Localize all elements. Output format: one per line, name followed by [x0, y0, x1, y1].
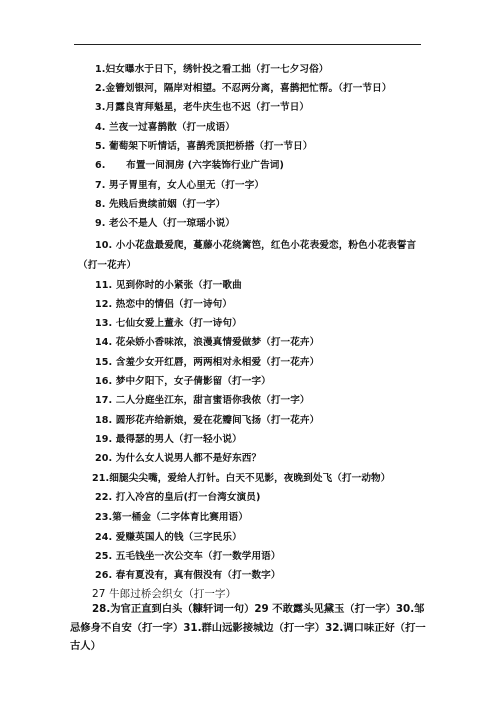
riddle-text: 含羞少女开红唇，两两相对永相爱（打一花卉） — [116, 357, 320, 368]
riddle-number: 7. — [95, 180, 106, 191]
riddle-number: 16. — [95, 376, 112, 387]
riddle-number: 8. — [95, 199, 106, 210]
riddle-item: 5. 葡萄架下听情话，喜鹊秃顶把桥搭（打一节日） — [95, 141, 313, 153]
riddle-text: 小小花盘最爱爬，蔓藤小花绕篱笆，红色小花表爱恋，粉色小花表誓言 — [116, 240, 417, 251]
riddle-text: 兰夜一过喜鹊散（打一成语） — [109, 122, 235, 133]
riddle-item: 22. 打入冷宫的皇后(打一台湾女演员) — [95, 492, 260, 504]
riddle-text: 五毛钱坐一次公交车（打一数学用语） — [116, 551, 281, 562]
riddle-item: 9. 老公不是人（打一琼瑶小说） — [95, 218, 235, 230]
riddle-number: 12. — [95, 299, 112, 310]
riddle-text: 金簪划银河，隔岸对相望。不忍两分离，喜鹊把忙帮。（打一节日） — [106, 83, 392, 94]
riddle-item: 10. 小小花盘最爱爬，蔓藤小花绕篱笆，红色小花表爱恋，粉色小花表誓言 — [95, 240, 416, 252]
riddle-item: 4. 兰夜一过喜鹊散（打一成语） — [95, 122, 235, 134]
riddle-number: 13. — [95, 318, 112, 329]
riddle-text: 二人分庭坐江东，甜言蜜语你我侬（打一字） — [116, 395, 310, 406]
riddle-text: 细腿尖尖嘴，爱给人打针。白天不见影，夜晚到处飞（打一动物） — [109, 473, 390, 484]
riddle-text: 葡萄架下听情话，喜鹊秃顶把桥搭（打一节日） — [109, 141, 313, 152]
riddle-item: 7. 男子胃里有，女人心里无（打一字） — [95, 180, 264, 192]
riddle-item-continuation: （打一花卉） — [78, 260, 136, 272]
header-rule — [74, 44, 421, 45]
riddle-text: 圆形花卉给新娘，爱在花瓣间飞扬（打一花卉） — [116, 415, 320, 426]
riddle-text: 月露良宵拜魁星，老牛庆生也不迟（打一节日） — [106, 102, 310, 113]
riddle-text: 七仙女爱上董永（打一诗句） — [116, 318, 242, 329]
riddle-item: 6. 布置一间洞房 (六字装饰行业广告词) — [95, 160, 284, 172]
riddle-number: 1. — [95, 64, 106, 75]
riddle-item: 14. 花朵娇小香味浓，浪漫真情爱做梦（打一花卉） — [95, 337, 319, 349]
riddle-item: 15. 含羞少女开红唇，两两相对永相爱（打一花卉） — [95, 357, 319, 369]
riddle-item: 24. 爱赚英国人的钱（三字民乐） — [95, 532, 242, 544]
riddle-item: 26. 春有夏没有，真有假没有（打一数字） — [95, 570, 281, 582]
riddle-item: 25. 五毛钱坐一次公交车（打一数学用语） — [95, 551, 281, 563]
riddle-number: 19. — [95, 434, 112, 445]
riddle-text: 老公不是人（打一琼瑶小说） — [109, 218, 235, 229]
riddle-number: 23. — [95, 512, 112, 523]
riddle-text: 热恋中的情侣（打一诗句） — [116, 299, 232, 310]
riddle-number: 4. — [95, 122, 106, 133]
riddle-number: 10. — [95, 240, 112, 251]
riddle-text: 布置一间洞房 (六字装饰行业广告词) — [126, 160, 284, 171]
riddle-text: 妇女曝水于日下，绣针投之看工拙（打一七夕习俗） — [106, 64, 329, 75]
riddle-number: 9. — [95, 218, 106, 229]
riddle-number: 5. — [95, 141, 106, 152]
final-riddles-paragraph: 28.为官正直到白头（糠轩词一句）29 不敢露头见黛玉（打一字）30.邹忌修身不… — [70, 600, 432, 656]
riddle-number: 22. — [95, 492, 112, 503]
riddle-number: 17. — [95, 395, 112, 406]
riddle-item: 27 牛郎过桥会织女（打一字） — [92, 588, 236, 600]
riddle-text: 先贱后贵续前姻（打一字） — [109, 199, 225, 210]
riddle-item: 12. 热恋中的情侣（打一诗句） — [95, 299, 232, 311]
riddle-text: 第一桶金（二字体育比赛用语） — [112, 512, 248, 523]
riddle-text: 花朵娇小香味浓，浪漫真情爱做梦（打一花卉） — [116, 337, 320, 348]
riddle-text: 男子胃里有，女人心里无（打一字） — [109, 180, 264, 191]
riddle-item: 11. 见到你时的小紧张（打一歌曲 — [95, 280, 242, 292]
riddle-number: 26. — [95, 570, 112, 581]
riddle-text: 最得瑟的男人（打一轻小说） — [116, 434, 242, 445]
riddle-item: 19. 最得瑟的男人（打一轻小说） — [95, 434, 242, 446]
riddle-number: 21. — [92, 473, 109, 484]
riddle-number: 14. — [95, 337, 112, 348]
riddle-text: 为什么女人说男人都不是好东西？ — [116, 453, 261, 464]
riddle-item: 8. 先贱后贵续前姻（打一字） — [95, 199, 225, 211]
riddle-number: 3. — [95, 102, 106, 113]
riddle-number: 25. — [95, 551, 112, 562]
riddle-item: 23.第一桶金（二字体育比赛用语） — [95, 512, 248, 524]
riddle-item: 18. 圆形花卉给新娘，爱在花瓣间飞扬（打一花卉） — [95, 415, 319, 427]
riddle-item: 16. 梦中夕阳下，女子倩影留（打一字） — [95, 376, 271, 388]
riddle-text: 梦中夕阳下，女子倩影留（打一字） — [116, 376, 271, 387]
riddle-item: 13. 七仙女爱上董永（打一诗句） — [95, 318, 242, 330]
riddle-number: 20. — [95, 453, 112, 464]
riddle-text: 春有夏没有，真有假没有（打一数字） — [116, 570, 281, 581]
riddle-item: 20. 为什么女人说男人都不是好东西？ — [95, 453, 261, 465]
riddle-number: 18. — [95, 415, 112, 426]
riddle-number: 2. — [95, 83, 106, 94]
riddle-number: 11. — [95, 280, 112, 291]
riddle-number: 6. — [95, 160, 106, 171]
riddle-item: 17. 二人分庭坐江东，甜言蜜语你我侬（打一字） — [95, 395, 310, 407]
riddle-item: 21.细腿尖尖嘴，爱给人打针。白天不见影，夜晚到处飞（打一动物） — [92, 473, 390, 485]
riddle-number: 24. — [95, 532, 112, 543]
riddle-number: 15. — [95, 357, 112, 368]
riddle-number: 27 — [92, 588, 106, 600]
riddle-item: 2.金簪划银河，隔岸对相望。不忍两分离，喜鹊把忙帮。（打一节日） — [95, 83, 392, 95]
riddle-text: 牛郎过桥会织女（打一字） — [109, 588, 236, 600]
riddle-text: 见到你时的小紧张（打一歌曲 — [116, 280, 242, 291]
riddle-text: 打入冷宫的皇后(打一台湾女演员) — [116, 492, 261, 503]
riddle-item: 1.妇女曝水于日下，绣针投之看工拙（打一七夕习俗） — [95, 64, 329, 76]
riddle-item: 3.月露良宵拜魁星，老牛庆生也不迟（打一节日） — [95, 102, 309, 114]
riddle-text: 爱赚英国人的钱（三字民乐） — [116, 532, 242, 543]
